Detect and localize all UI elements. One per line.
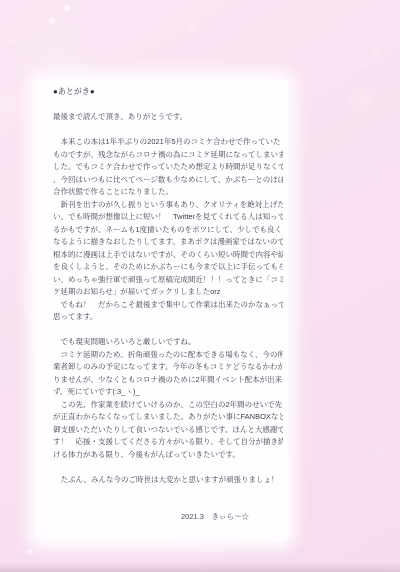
text-line: 思ってます。 <box>53 311 283 324</box>
sparkle-icon <box>359 62 367 70</box>
text-line <box>53 499 283 512</box>
text-line: でもね！ だからこそ最後まで集中して作業は出来たのかなぁって <box>53 299 283 312</box>
sparkle-icon <box>372 444 388 460</box>
sparkle-icon <box>371 47 383 59</box>
text-line <box>53 324 283 337</box>
sparkle-icon <box>38 29 44 35</box>
text-line: なるように描きなおしたりしてます。まあボクは漫画家ではないので <box>53 236 283 249</box>
sparkle-icon <box>183 21 197 35</box>
text-line: 、今回はいつもに比べてページ数も少なめにして、かぶちーとのほぼ <box>53 174 283 187</box>
text-line <box>53 486 283 499</box>
sparkle-icon <box>7 37 15 45</box>
text-line: す！ 応援・支援してくださる方々がいる限り、そして自分が描き続 <box>53 436 283 449</box>
text-line: を良くしようと、そのためにかぶちーにも今まで以上に手伝ってもら <box>53 261 283 274</box>
text-line: 合作状態で作ることになりました。 <box>53 186 283 199</box>
text-line: るかもですが、ネームも1度描いたものをボツにして、少しでも良く <box>53 224 283 237</box>
sparkle-icon <box>71 555 77 561</box>
text-line: い、めっちゃ強行軍で頑張って原稿完成間近！！！ってときに「コミ <box>53 274 283 287</box>
text-line: した。でもコミケ合わせで作っていたため想定より時間が足りなくて <box>53 161 283 174</box>
text-line <box>53 124 283 137</box>
text-line <box>53 99 283 112</box>
afterword-text: ●あとがき● 最後まで読んで頂き、ありがとうです。 本来この本は1年半ぶりの20… <box>53 86 283 524</box>
afterword-page: { "colors": { "background_pink": "#f8e1f… <box>0 0 400 572</box>
sparkle-icon <box>48 17 56 25</box>
text-line: 御支援いただいたりして食いつないでいる感じです。ほんと大感謝で <box>53 424 283 437</box>
afterword-title: ●あとがき● <box>53 86 283 99</box>
text-line: ケ延期のお知らせ」が届いてガックリしましたorz <box>53 286 283 299</box>
text-line: い、でも時間が想像以上に短い！ Twitterを見てくれてる人は知って <box>53 211 283 224</box>
text-line: 根本的に漫画は上手ではないですが、そのくらい短い時間で内容や絵 <box>53 249 283 262</box>
text-line <box>53 461 283 474</box>
text-line: この先、作家業を続けていけるのか、この空白の2年間のせいで先 <box>53 399 283 412</box>
text-line: たぶん、みんな今のご時世は大変かと思いますが頑張りましょ！ <box>53 474 283 487</box>
sparkle-icon <box>62 3 72 13</box>
text-line: 業者卸しのみの予定になってます。今年の冬もコミケどうなるかわか <box>53 361 283 374</box>
text-line: ける体力がある限り、今後もがんばっていきたいです。 <box>53 449 283 462</box>
sparkle-icon <box>21 41 27 47</box>
text-line: 新刊を出すのが久し振りという事もあり、クオリティを絶対上げた <box>53 199 283 212</box>
text-line: りませんが、少なくともコロナ禍のために2年間イベント配本が出来 <box>53 374 283 387</box>
text-line: ものですが、残念ながらコロナ禍の為にコミケ延期になってしまいま <box>53 149 283 162</box>
sparkle-icon <box>349 78 373 122</box>
text-line: ず、死にていです(:3_ヽ)_ <box>53 386 283 399</box>
text-line: でも現実問題いろいろと厳しいですね。 <box>53 336 283 349</box>
text-line: 最後まで読んで頂き、ありがとうです。 <box>53 111 283 124</box>
text-line: が正直わからなくなってしまいました。ありがたい事にFANBOXなどで <box>53 411 283 424</box>
text-line: 本来この本は1年半ぶりの2021年5月のコミケ合わせで作っていた <box>53 136 283 149</box>
text-line: コミケ延期のため、折角頑張ったのに配本できる場もなく、今の所 <box>53 349 283 362</box>
bottom-scan-shadow <box>0 562 400 572</box>
paper-text-block: ●あとがき● 最後まで読んで頂き、ありがとうです。 本来この本は1年半ぶりの20… <box>36 79 288 541</box>
sparkle-icon <box>0 85 20 125</box>
sparkle-icon <box>26 548 34 556</box>
signature-date-author: 2021.3 きぃら～☆ <box>53 511 283 524</box>
